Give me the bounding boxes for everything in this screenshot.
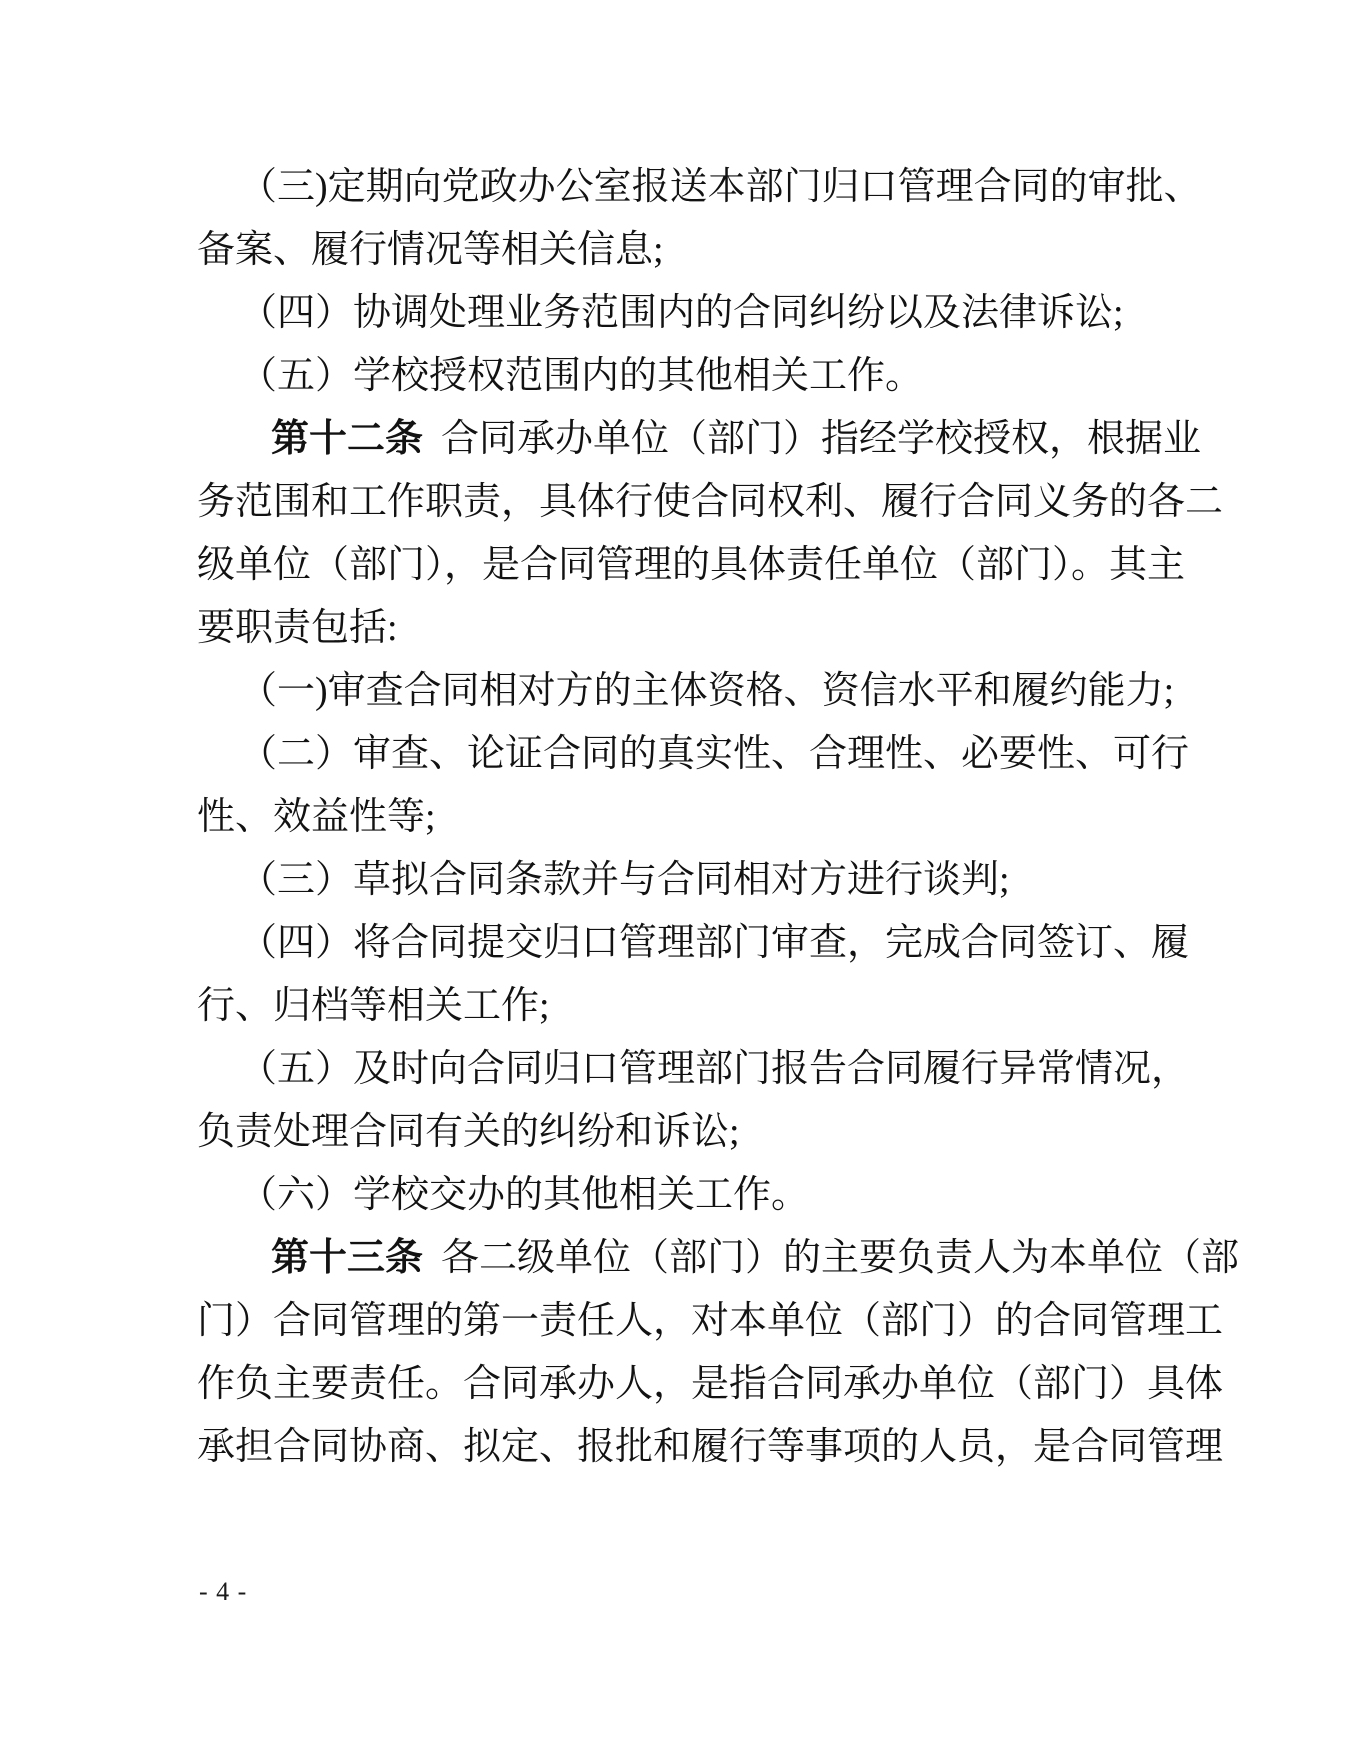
line-text: （六）学校交办的其他相关工作。 (239, 1174, 809, 1216)
line-text: 作负主要责任。合同承办人，是指合同承办单位（部门）具体 (197, 1363, 1223, 1405)
text-line: 务范围和工作职责，具体行使合同权利、履行合同义务的各二 (197, 471, 1237, 534)
line-text: 各二级单位（部门）的主要负责人为本单位（部 (441, 1237, 1239, 1279)
text-line: （二）审查、论证合同的真实性、合理性、必要性、可行 (197, 723, 1237, 786)
line-text: 级单位（部门），是合同管理的具体责任单位（部门）。其主 (197, 544, 1185, 586)
line-text: （三）草拟合同条款并与合同相对方进行谈判; (239, 859, 1010, 901)
line-text: 要职责包括: (197, 607, 398, 649)
line-text: （二）审查、论证合同的真实性、合理性、必要性、可行 (239, 733, 1189, 775)
line-text: 行、归档等相关工作; (197, 985, 550, 1027)
line-text: （五）学校授权范围内的其他相关工作。 (239, 355, 923, 397)
line-text: （三)定期向党政办公室报送本部门归口管理合同的审批、 (239, 166, 1202, 208)
line-text: （四）将合同提交归口管理部门审查，完成合同签订、履 (239, 922, 1189, 964)
text-line: 行、归档等相关工作; (197, 975, 1237, 1038)
text-line: 要职责包括: (197, 597, 1237, 660)
page-number: - 4 - (199, 1576, 247, 1608)
document-text-block: （三)定期向党政办公室报送本部门归口管理合同的审批、备案、履行情况等相关信息;（… (197, 156, 1237, 1479)
text-line: （五）学校授权范围内的其他相关工作。 (197, 345, 1237, 408)
line-text: （四）协调处理业务范围内的合同纠纷以及法律诉讼; (239, 292, 1124, 334)
text-line: 作负主要责任。合同承办人，是指合同承办单位（部门）具体 (197, 1353, 1237, 1416)
document-page: （三)定期向党政办公室报送本部门归口管理合同的审批、备案、履行情况等相关信息;（… (0, 0, 1360, 1760)
line-text: （一)审查合同相对方的主体资格、资信水平和履约能力; (239, 670, 1174, 712)
text-line: （五）及时向合同归口管理部门报告合同履行异常情况， (197, 1038, 1237, 1101)
line-text: 门）合同管理的第一责任人，对本单位（部门）的合同管理工 (197, 1300, 1223, 1342)
line-text: 合同承办单位（部门）指经学校授权，根据业 (441, 418, 1201, 460)
text-line: 承担合同协商、拟定、报批和履行等事项的人员，是合同管理 (197, 1416, 1237, 1479)
line-text: 性、效益性等; (197, 796, 436, 838)
text-line: （三）草拟合同条款并与合同相对方进行谈判; (197, 849, 1237, 912)
article-line: 第十二条合同承办单位（部门）指经学校授权，根据业 (197, 408, 1237, 471)
text-line: 级单位（部门），是合同管理的具体责任单位（部门）。其主 (197, 534, 1237, 597)
text-line: （三)定期向党政办公室报送本部门归口管理合同的审批、 (197, 156, 1237, 219)
text-line: （四）协调处理业务范围内的合同纠纷以及法律诉讼; (197, 282, 1237, 345)
line-text: （五）及时向合同归口管理部门报告合同履行异常情况， (239, 1048, 1189, 1090)
text-line: （四）将合同提交归口管理部门审查，完成合同签订、履 (197, 912, 1237, 975)
article-line: 第十三条各二级单位（部门）的主要负责人为本单位（部 (197, 1227, 1237, 1290)
text-line: 备案、履行情况等相关信息; (197, 219, 1237, 282)
text-line: （六）学校交办的其他相关工作。 (197, 1164, 1237, 1227)
line-text: 务范围和工作职责，具体行使合同权利、履行合同义务的各二 (197, 481, 1223, 523)
line-text: 负责处理合同有关的纠纷和诉讼; (197, 1111, 740, 1153)
line-text: 备案、履行情况等相关信息; (197, 229, 664, 271)
article-number: 第十二条 (271, 418, 423, 460)
article-number: 第十三条 (271, 1237, 423, 1279)
line-text: 承担合同协商、拟定、报批和履行等事项的人员，是合同管理 (197, 1426, 1223, 1468)
text-line: （一)审查合同相对方的主体资格、资信水平和履约能力; (197, 660, 1237, 723)
text-line: 性、效益性等; (197, 786, 1237, 849)
text-line: 负责处理合同有关的纠纷和诉讼; (197, 1101, 1237, 1164)
text-line: 门）合同管理的第一责任人，对本单位（部门）的合同管理工 (197, 1290, 1237, 1353)
